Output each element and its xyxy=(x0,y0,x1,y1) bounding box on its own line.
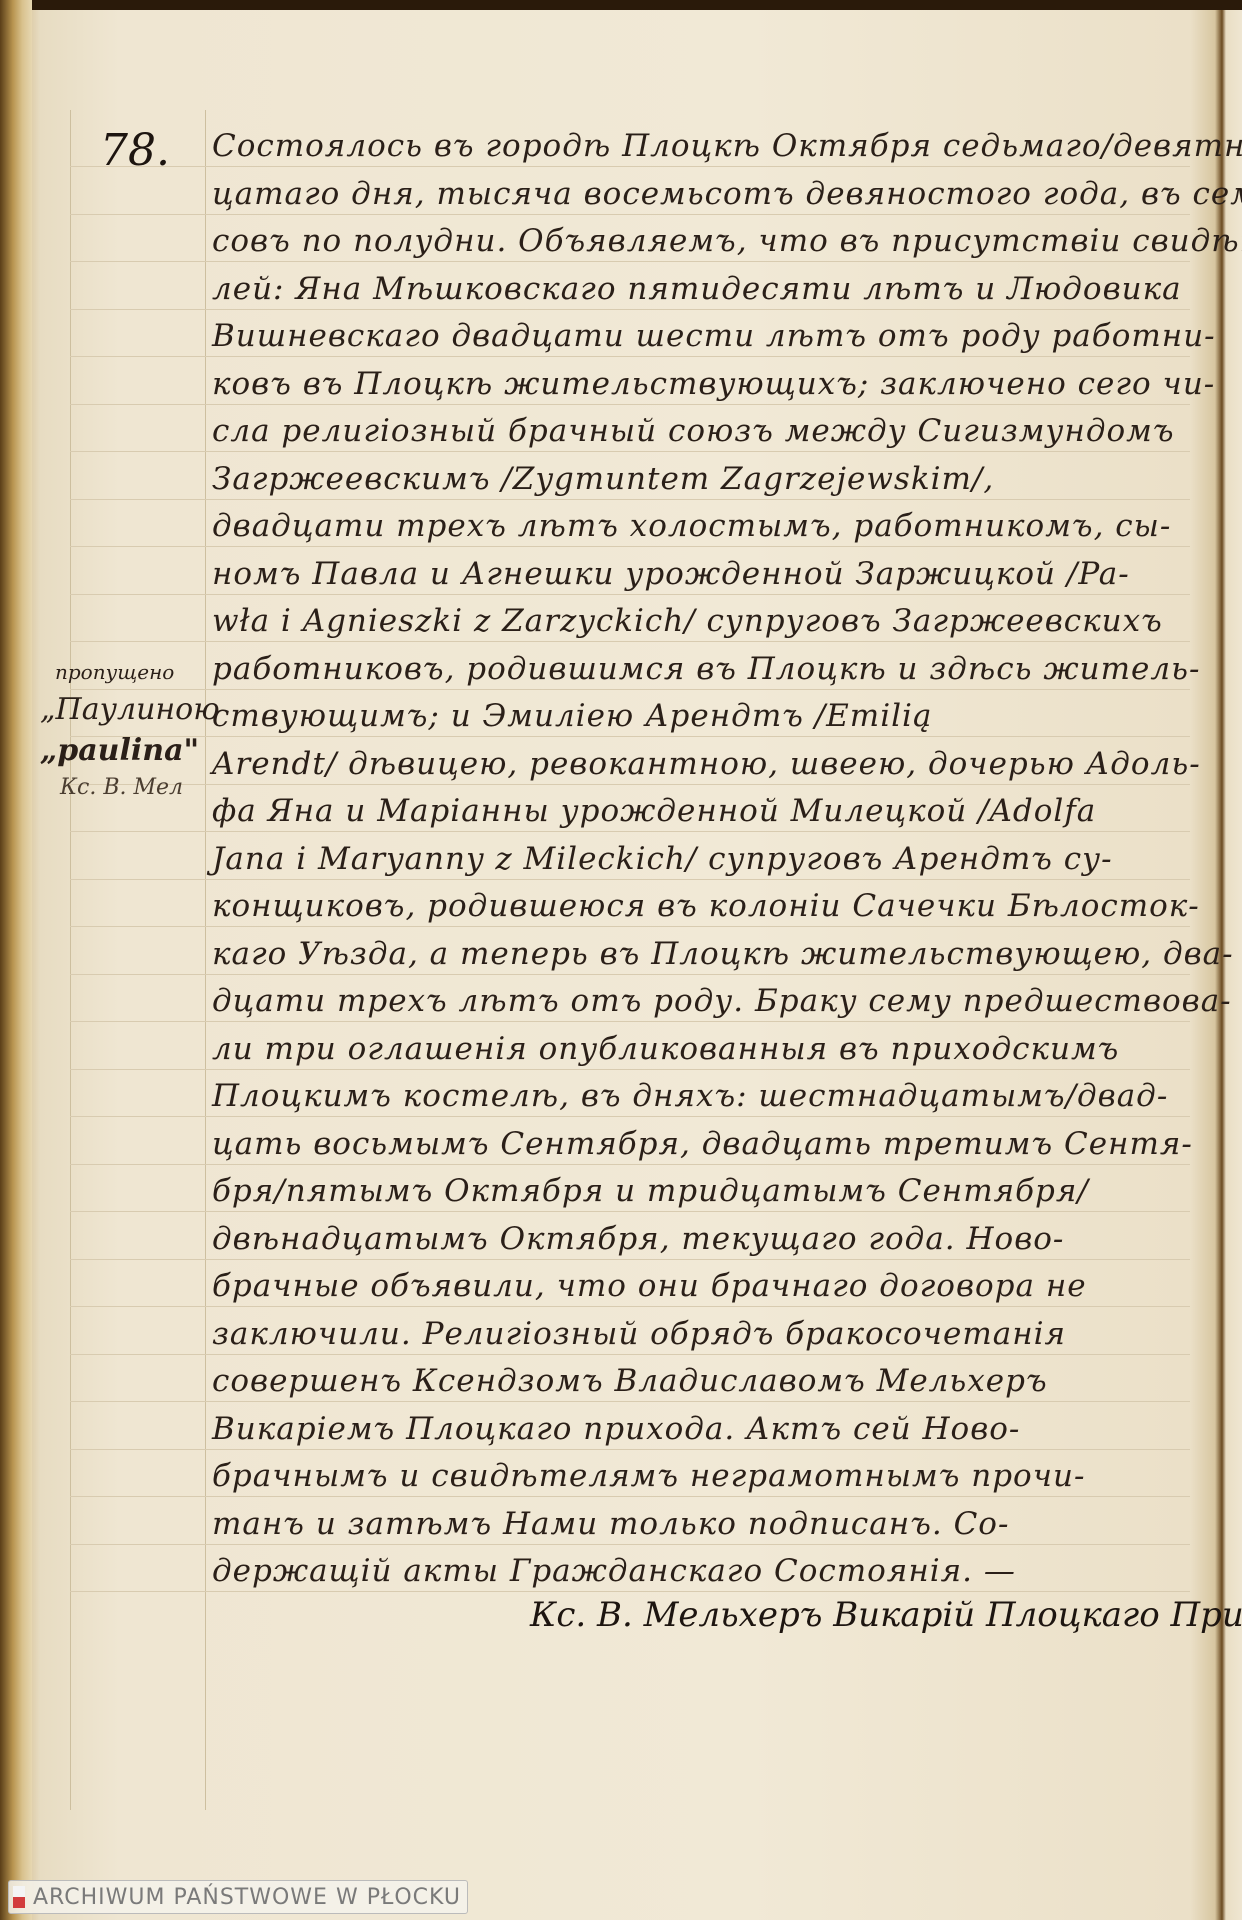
scan-top-edge xyxy=(0,0,1242,10)
ruled-line xyxy=(70,309,1190,310)
ruled-line xyxy=(70,451,1190,452)
margin-rule-outer xyxy=(70,110,71,1810)
ruled-line xyxy=(70,879,1190,880)
ruled-line xyxy=(70,1069,1190,1070)
record-line: цатаго дня, тысяча восемьсотъ девяностог… xyxy=(212,176,1192,212)
ruled-line xyxy=(70,736,1190,737)
ruled-line xyxy=(70,974,1190,975)
ruled-line xyxy=(70,1021,1190,1022)
priest-signature: Кс. В. Мельхеръ Викарій Плоцкаго Прихода xyxy=(530,1595,1242,1635)
record-line: Arendt/ дѣвицею, ревокантною, швеею, доч… xyxy=(212,746,1192,782)
polish-flag-icon xyxy=(13,1886,25,1908)
archive-watermark: ARCHIWUM PAŃSTWOWE W PŁOCKU xyxy=(8,1880,468,1914)
record-line: танъ и затѣмъ Нами только подписанъ. Со- xyxy=(212,1506,1192,1542)
ruled-line xyxy=(70,831,1190,832)
record-line: Плоцкимъ костелѣ, въ дняхъ: шестнадцатым… xyxy=(212,1078,1192,1114)
record-line: wła i Agnieszki z Zarzyckich/ супруговъ … xyxy=(212,603,1192,639)
ruled-line xyxy=(70,1449,1190,1450)
record-line: ковъ въ Плоцкѣ жительствующихъ; заключен… xyxy=(212,366,1192,402)
ruled-line xyxy=(70,1544,1190,1545)
record-line: номъ Павла и Агнешки урожденной Заржицко… xyxy=(212,556,1192,592)
ruled-line xyxy=(70,594,1190,595)
record-line: ствующимъ; и Эмиліею Арендтъ /Emilią xyxy=(212,698,1192,734)
record-line: цать восьмымъ Сентября, двадцать третимъ… xyxy=(212,1126,1192,1162)
record-line: брачные объявили, что они брачнаго догов… xyxy=(212,1268,1192,1304)
ruled-line xyxy=(70,926,1190,927)
record-line: работниковъ, родившимся въ Плоцкѣ и здѣс… xyxy=(212,651,1192,687)
book-binding xyxy=(0,0,32,1920)
ruled-line xyxy=(70,261,1190,262)
record-line: двадцати трехъ лѣтъ холостымъ, работнико… xyxy=(212,508,1192,544)
ruled-line xyxy=(70,499,1190,500)
ruled-line xyxy=(70,1164,1190,1165)
record-line: Вишневскаго двадцати шести лѣтъ отъ роду… xyxy=(212,318,1192,354)
ruled-line xyxy=(70,1211,1190,1212)
margin-rule-inner xyxy=(205,110,206,1810)
archive-name: ARCHIWUM PAŃSTWOWE W PŁOCKU xyxy=(33,1885,461,1910)
record-line: брачнымъ и свидѣтелямъ неграмотнымъ проч… xyxy=(212,1458,1192,1494)
record-line: Jana i Maryanny z Mileckich/ супруговъ А… xyxy=(212,841,1192,877)
record-line: дцати трехъ лѣтъ отъ роду. Браку сему пр… xyxy=(212,983,1192,1019)
ruled-line xyxy=(70,1496,1190,1497)
record-line: Викаріемъ Плоцкаго прихода. Актъ сей Нов… xyxy=(212,1411,1192,1447)
ruled-line xyxy=(70,1116,1190,1117)
ruled-line xyxy=(70,356,1190,357)
ruled-line xyxy=(70,1401,1190,1402)
ruled-line xyxy=(70,784,1190,785)
margin-note-initials: Кс. В. Мел xyxy=(60,775,183,800)
record-line: двѣнадцатымъ Октября, текущаго года. Нов… xyxy=(212,1221,1192,1257)
record-line: ли три оглашенія опубликованныя въ прихо… xyxy=(212,1031,1192,1067)
ruled-line xyxy=(70,1591,1190,1592)
ruled-line xyxy=(70,1306,1190,1307)
margin-note-line: „paulina" xyxy=(40,733,199,768)
ruled-line xyxy=(70,689,1190,690)
ruled-line xyxy=(70,1259,1190,1260)
ruled-line xyxy=(70,1354,1190,1355)
record-line: заключили. Религіозный обрядъ бракосочет… xyxy=(212,1316,1192,1352)
record-line: сла религіозный брачный союзъ между Сиги… xyxy=(212,413,1192,449)
ruled-line xyxy=(70,546,1190,547)
record-line: совъ по полудни. Объявляемъ, что въ прис… xyxy=(212,223,1192,259)
record-line: фа Яна и Маріанны урожденной Милецкой /A… xyxy=(212,793,1192,829)
record-line: совершенъ Ксендзомъ Владиславомъ Мельхер… xyxy=(212,1363,1192,1399)
ruled-line xyxy=(70,404,1190,405)
ruled-line xyxy=(70,641,1190,642)
ruled-line xyxy=(70,214,1190,215)
record-line: держащій акты Гражданскаго Состоянія. — xyxy=(212,1553,1192,1589)
record-line: каго Уѣзда, а теперь въ Плоцкѣ жительств… xyxy=(212,936,1192,972)
document-page: 78. Состоялось въ городѣ Плоцкѣ Октября … xyxy=(0,0,1242,1920)
record-line: лей: Яна Мѣшковскаго пятидесяти лѣтъ и Л… xyxy=(212,271,1192,307)
margin-note-line: „Паулиною xyxy=(40,692,220,727)
entry-number: 78. xyxy=(100,125,170,176)
ruled-line xyxy=(70,166,1190,167)
record-line: Загржеевскимъ /Zygmuntem Zagrzejewskim/, xyxy=(212,461,1192,497)
record-line: Состоялось въ городѣ Плоцкѣ Октября седь… xyxy=(212,128,1192,164)
record-line: конщиковъ, родившеюся въ колоніи Сачечки… xyxy=(212,888,1192,924)
record-line: бря/пятымъ Октября и тридцатымъ Сентября… xyxy=(212,1173,1192,1209)
margin-note-line: пропущено xyxy=(55,660,174,684)
